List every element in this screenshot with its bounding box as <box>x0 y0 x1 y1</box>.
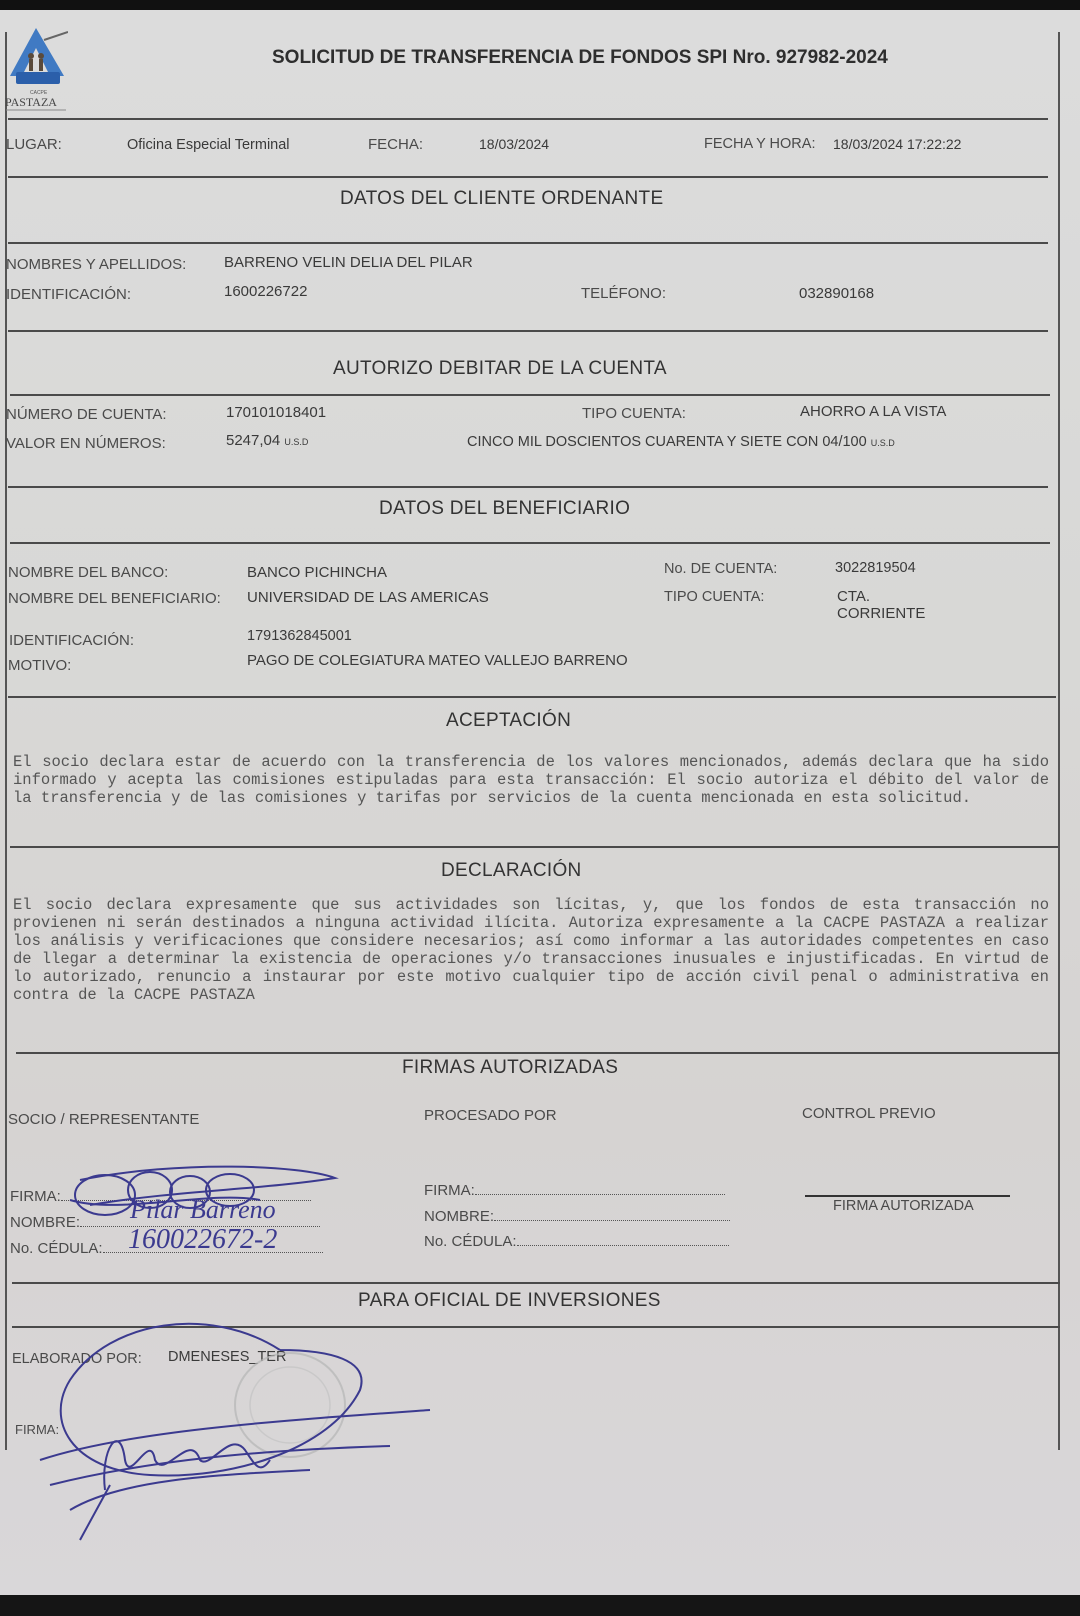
divider <box>8 486 1048 488</box>
beneficiario-cuenta-label: No. DE CUENTA: <box>664 561 777 577</box>
valor-letras: CINCO MIL DOSCIENTOS CUARENTA Y SIETE CO… <box>467 434 895 450</box>
divider <box>8 118 1048 120</box>
beneficiario-tipo-value: CTA. CORRIENTE <box>837 588 925 622</box>
tipo-line-2: CORRIENTE <box>837 605 925 622</box>
socio-signature-ink: Pilar Barreno 160022672-2 <box>60 1160 350 1260</box>
divider <box>16 1052 1060 1054</box>
cuenta-label: NÚMERO DE CUENTA: <box>6 406 167 423</box>
beneficiario-cuenta-value: 3022819504 <box>835 560 916 576</box>
telefono-value: 032890168 <box>799 285 874 302</box>
divider <box>8 330 1048 332</box>
control-heading: CONTROL PREVIO <box>802 1105 936 1122</box>
divider <box>8 696 1056 698</box>
valor-letras-currency: U.S.D <box>871 438 895 448</box>
fecha-label: FECHA: <box>368 136 423 153</box>
section-title-cliente: DATOS DEL CLIENTE ORDENANTE <box>340 188 663 210</box>
section-title-oficial: PARA OFICIAL DE INVERSIONES <box>358 1290 661 1312</box>
divider <box>10 394 1050 396</box>
declaracion-text: El socio declara expresamente que sus ac… <box>13 896 1049 1004</box>
motivo-label: MOTIVO: <box>8 657 71 674</box>
beneficiario-identificacion-value: 1791362845001 <box>247 628 352 644</box>
firma-autorizada-label: FIRMA AUTORIZADA <box>833 1198 974 1214</box>
divider <box>8 176 1048 178</box>
document-page: CACPE PASTAZA SOLICITUD DE TRANSFERENCIA… <box>0 10 1080 1595</box>
telefono-label: TELÉFONO: <box>581 285 666 302</box>
background-edge <box>0 1595 1080 1616</box>
beneficiario-identificacion-label: IDENTIFICACIÓN: <box>9 632 134 649</box>
motivo-value: PAGO DE COLEGIATURA MATEO VALLEJO BARREN… <box>247 652 628 669</box>
procesado-cedula-label: No. CÉDULA: <box>424 1233 517 1250</box>
nombres-label: NOMBRES Y APELLIDOS: <box>6 256 186 273</box>
beneficiario-nombre-label: NOMBRE DEL BENEFICIARIO: <box>8 590 221 607</box>
tipo-cuenta-value: AHORRO A LA VISTA <box>800 403 946 420</box>
socio-heading: SOCIO / REPRESENTANTE <box>8 1111 199 1128</box>
cacpe-pastaza-logo: CACPE PASTAZA <box>4 22 68 114</box>
banco-label: NOMBRE DEL BANCO: <box>8 564 168 581</box>
lugar-label: LUGAR: <box>6 136 62 153</box>
procesado-firma-field[interactable]: FIRMA: <box>424 1182 725 1199</box>
procesado-nombre-field[interactable]: NOMBRE: <box>424 1208 730 1225</box>
valor-letras-text: CINCO MIL DOSCIENTOS CUARENTA Y SIETE CO… <box>467 434 867 450</box>
lugar-value: Oficina Especial Terminal <box>127 137 290 153</box>
divider <box>10 542 1050 544</box>
nombres-value: BARRENO VELIN DELIA DEL PILAR <box>224 254 473 271</box>
svg-text:160022672-2: 160022672-2 <box>128 1224 277 1255</box>
section-title-beneficiario: DATOS DEL BENEFICIARIO <box>379 498 630 520</box>
tipo-line-1: CTA. <box>837 588 925 605</box>
identificacion-label: IDENTIFICACIÓN: <box>6 286 131 303</box>
socio-firma-label: FIRMA: <box>10 1188 61 1205</box>
banco-value: BANCO PICHINCHA <box>247 564 387 581</box>
svg-text:PASTAZA: PASTAZA <box>5 95 57 109</box>
valor-label: VALOR EN NÚMEROS: <box>6 435 166 452</box>
divider <box>8 242 1048 244</box>
firma-autorizada-line <box>805 1195 1010 1197</box>
divider <box>10 846 1058 848</box>
valor-amount: 5247,04 <box>226 432 280 449</box>
svg-text:Pilar Barreno: Pilar Barreno <box>129 1195 276 1224</box>
fecha-hora-value: 18/03/2024 17:22:22 <box>833 136 961 152</box>
oficial-signature-ink <box>30 1310 450 1540</box>
aceptacion-text: El socio declara estar de acuerdo con la… <box>13 753 1049 807</box>
section-title-aceptacion: ACEPTACIÓN <box>446 710 571 732</box>
section-title-declaracion: DECLARACIÓN <box>441 860 582 882</box>
procesado-firma-label: FIRMA: <box>424 1182 475 1199</box>
beneficiario-nombre-value: UNIVERSIDAD DE LAS AMERICAS <box>247 589 489 606</box>
procesado-heading: PROCESADO POR <box>424 1107 557 1124</box>
beneficiario-tipo-label: TIPO CUENTA: <box>664 589 764 605</box>
valor-value: 5247,04 U.S.D <box>226 432 308 449</box>
divider <box>12 1282 1060 1284</box>
document-title: SOLICITUD DE TRANSFERENCIA DE FONDOS SPI… <box>272 47 888 69</box>
fecha-value: 18/03/2024 <box>479 136 549 152</box>
tipo-cuenta-label: TIPO CUENTA: <box>582 405 686 422</box>
identificacion-value: 1600226722 <box>224 283 307 300</box>
section-title-debito: AUTORIZO DEBITAR DE LA CUENTA <box>333 358 667 380</box>
procesado-nombre-label: NOMBRE: <box>424 1208 494 1225</box>
valor-currency: U.S.D <box>284 437 308 447</box>
fecha-hora-label: FECHA Y HORA: <box>704 136 815 152</box>
cuenta-value: 170101018401 <box>226 404 326 421</box>
procesado-cedula-field[interactable]: No. CÉDULA: <box>424 1233 729 1250</box>
section-title-firmas: FIRMAS AUTORIZADAS <box>402 1057 618 1079</box>
